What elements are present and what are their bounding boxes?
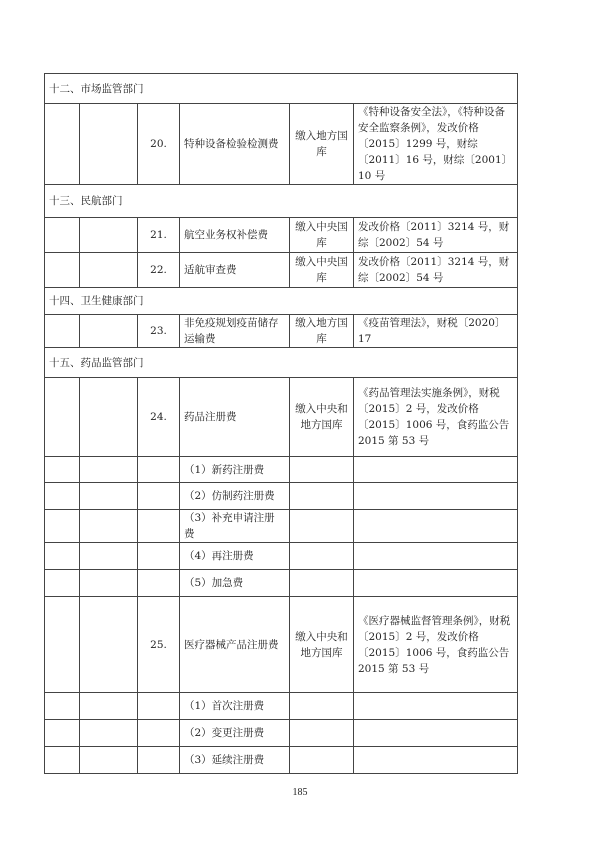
fee-destination: 缴入中央国库	[290, 218, 354, 253]
empty-cell	[80, 543, 138, 570]
item-number: 24.	[138, 378, 180, 457]
empty-cell	[80, 253, 138, 288]
item-number	[138, 457, 180, 483]
fee-destination	[290, 720, 354, 747]
empty-cell	[80, 457, 138, 483]
fee-destination	[290, 747, 354, 774]
table-row: 23. 非免疫规划疫苗储存运输费 缴入地方国库 《疫苗管理法》，财税〔2020〕…	[45, 315, 518, 348]
policy-basis	[354, 570, 518, 597]
empty-cell	[80, 747, 138, 774]
table-row: （3）补充申请注册费	[45, 510, 518, 543]
section-title: 十五、药品监管部门	[45, 348, 518, 378]
policy-basis	[354, 457, 518, 483]
policy-basis	[354, 720, 518, 747]
section-header: 十四、卫生健康部门	[45, 288, 518, 315]
table-row: （2）变更注册费	[45, 720, 518, 747]
policy-basis	[354, 483, 518, 510]
table-row: （5）加急费	[45, 570, 518, 597]
table-row: 24. 药品注册费 缴入中央和地方国库 《药品管理法实施条例》，财税〔2015〕…	[45, 378, 518, 457]
fee-name: （5）加急费	[180, 570, 290, 597]
item-number: 21.	[138, 218, 180, 253]
policy-basis	[354, 510, 518, 543]
item-number	[138, 570, 180, 597]
fee-name: 航空业务权补偿费	[180, 218, 290, 253]
empty-cell	[80, 104, 138, 185]
fee-name: （2）变更注册费	[180, 720, 290, 747]
empty-cell	[45, 315, 80, 348]
fee-destination: 缴入地方国库	[290, 315, 354, 348]
fee-destination	[290, 570, 354, 597]
item-number	[138, 543, 180, 570]
item-number: 20.	[138, 104, 180, 185]
table-row: 25. 医疗器械产品注册费 缴入中央和地方国库 《医疗器械监督管理条例》，财税〔…	[45, 597, 518, 693]
policy-basis: 《特种设备安全法》，《特种设备安全监察条例》，发改价格〔2015〕1299 号，…	[354, 104, 518, 185]
policy-basis: 发改价格〔2011〕3214 号，财综〔2002〕54 号	[354, 218, 518, 253]
fee-name: 特种设备检验检测费	[180, 104, 290, 185]
empty-cell	[45, 253, 80, 288]
fee-name: （2）仿制药注册费	[180, 483, 290, 510]
table-row: （1）首次注册费	[45, 693, 518, 720]
section-title: 十三、民航部门	[45, 185, 518, 218]
empty-cell	[45, 597, 80, 693]
fee-name: （1）新药注册费	[180, 457, 290, 483]
policy-basis: 《疫苗管理法》，财税〔2020〕17	[354, 315, 518, 348]
fee-name: （4）再注册费	[180, 543, 290, 570]
fee-destination	[290, 510, 354, 543]
empty-cell	[45, 570, 80, 597]
fee-destination	[290, 693, 354, 720]
empty-cell	[45, 693, 80, 720]
fee-name: 适航审查费	[180, 253, 290, 288]
table-row: 22. 适航审查费 缴入中央国库 发改价格〔2011〕3214 号，财综〔200…	[45, 253, 518, 288]
section-title: 十四、卫生健康部门	[45, 288, 518, 315]
fee-destination: 缴入中央和地方国库	[290, 378, 354, 457]
policy-basis: 发改价格〔2011〕3214 号，财综〔2002〕54 号	[354, 253, 518, 288]
empty-cell	[45, 543, 80, 570]
empty-cell	[80, 693, 138, 720]
item-number: 23.	[138, 315, 180, 348]
fee-name: 医疗器械产品注册费	[180, 597, 290, 693]
item-number	[138, 720, 180, 747]
empty-cell	[45, 510, 80, 543]
policy-basis: 《医疗器械监督管理条例》，财税〔2015〕2 号，发改价格〔2015〕1006 …	[354, 597, 518, 693]
table-row: 20. 特种设备检验检测费 缴入地方国库 《特种设备安全法》，《特种设备安全监察…	[45, 104, 518, 185]
table-row: （2）仿制药注册费	[45, 483, 518, 510]
table-row: （4）再注册费	[45, 543, 518, 570]
policy-basis	[354, 693, 518, 720]
fee-destination	[290, 457, 354, 483]
empty-cell	[45, 104, 80, 185]
empty-cell	[45, 457, 80, 483]
item-number	[138, 747, 180, 774]
fee-name: 非免疫规划疫苗储存运输费	[180, 315, 290, 348]
empty-cell	[45, 378, 80, 457]
empty-cell	[80, 218, 138, 253]
item-number	[138, 693, 180, 720]
empty-cell	[80, 378, 138, 457]
empty-cell	[80, 597, 138, 693]
section-header: 十二、市场监管部门	[45, 74, 518, 104]
section-header: 十五、药品监管部门	[45, 348, 518, 378]
empty-cell	[80, 483, 138, 510]
item-number: 22.	[138, 253, 180, 288]
fee-name: 药品注册费	[180, 378, 290, 457]
empty-cell	[45, 483, 80, 510]
fee-table: 十二、市场监管部门 20. 特种设备检验检测费 缴入地方国库 《特种设备安全法》…	[44, 73, 518, 774]
policy-basis: 《药品管理法实施条例》，财税〔2015〕2 号，发改价格〔2015〕1006 号…	[354, 378, 518, 457]
empty-cell	[45, 218, 80, 253]
section-title: 十二、市场监管部门	[45, 74, 518, 104]
item-number	[138, 483, 180, 510]
table-row: （1）新药注册费	[45, 457, 518, 483]
fee-destination: 缴入中央国库	[290, 253, 354, 288]
empty-cell	[45, 720, 80, 747]
fee-name: （3）补充申请注册费	[180, 510, 290, 543]
fee-name: （1）首次注册费	[180, 693, 290, 720]
empty-cell	[80, 570, 138, 597]
empty-cell	[80, 510, 138, 543]
item-number: 25.	[138, 597, 180, 693]
fee-destination: 缴入中央和地方国库	[290, 597, 354, 693]
empty-cell	[80, 315, 138, 348]
fee-destination: 缴入地方国库	[290, 104, 354, 185]
policy-basis	[354, 543, 518, 570]
page-number: 185	[0, 787, 600, 798]
empty-cell	[45, 747, 80, 774]
fee-destination	[290, 483, 354, 510]
item-number	[138, 510, 180, 543]
fee-name: （3）延续注册费	[180, 747, 290, 774]
fee-destination	[290, 543, 354, 570]
table-row: （3）延续注册费	[45, 747, 518, 774]
section-header: 十三、民航部门	[45, 185, 518, 218]
table-row: 21. 航空业务权补偿费 缴入中央国库 发改价格〔2011〕3214 号，财综〔…	[45, 218, 518, 253]
empty-cell	[80, 720, 138, 747]
policy-basis	[354, 747, 518, 774]
